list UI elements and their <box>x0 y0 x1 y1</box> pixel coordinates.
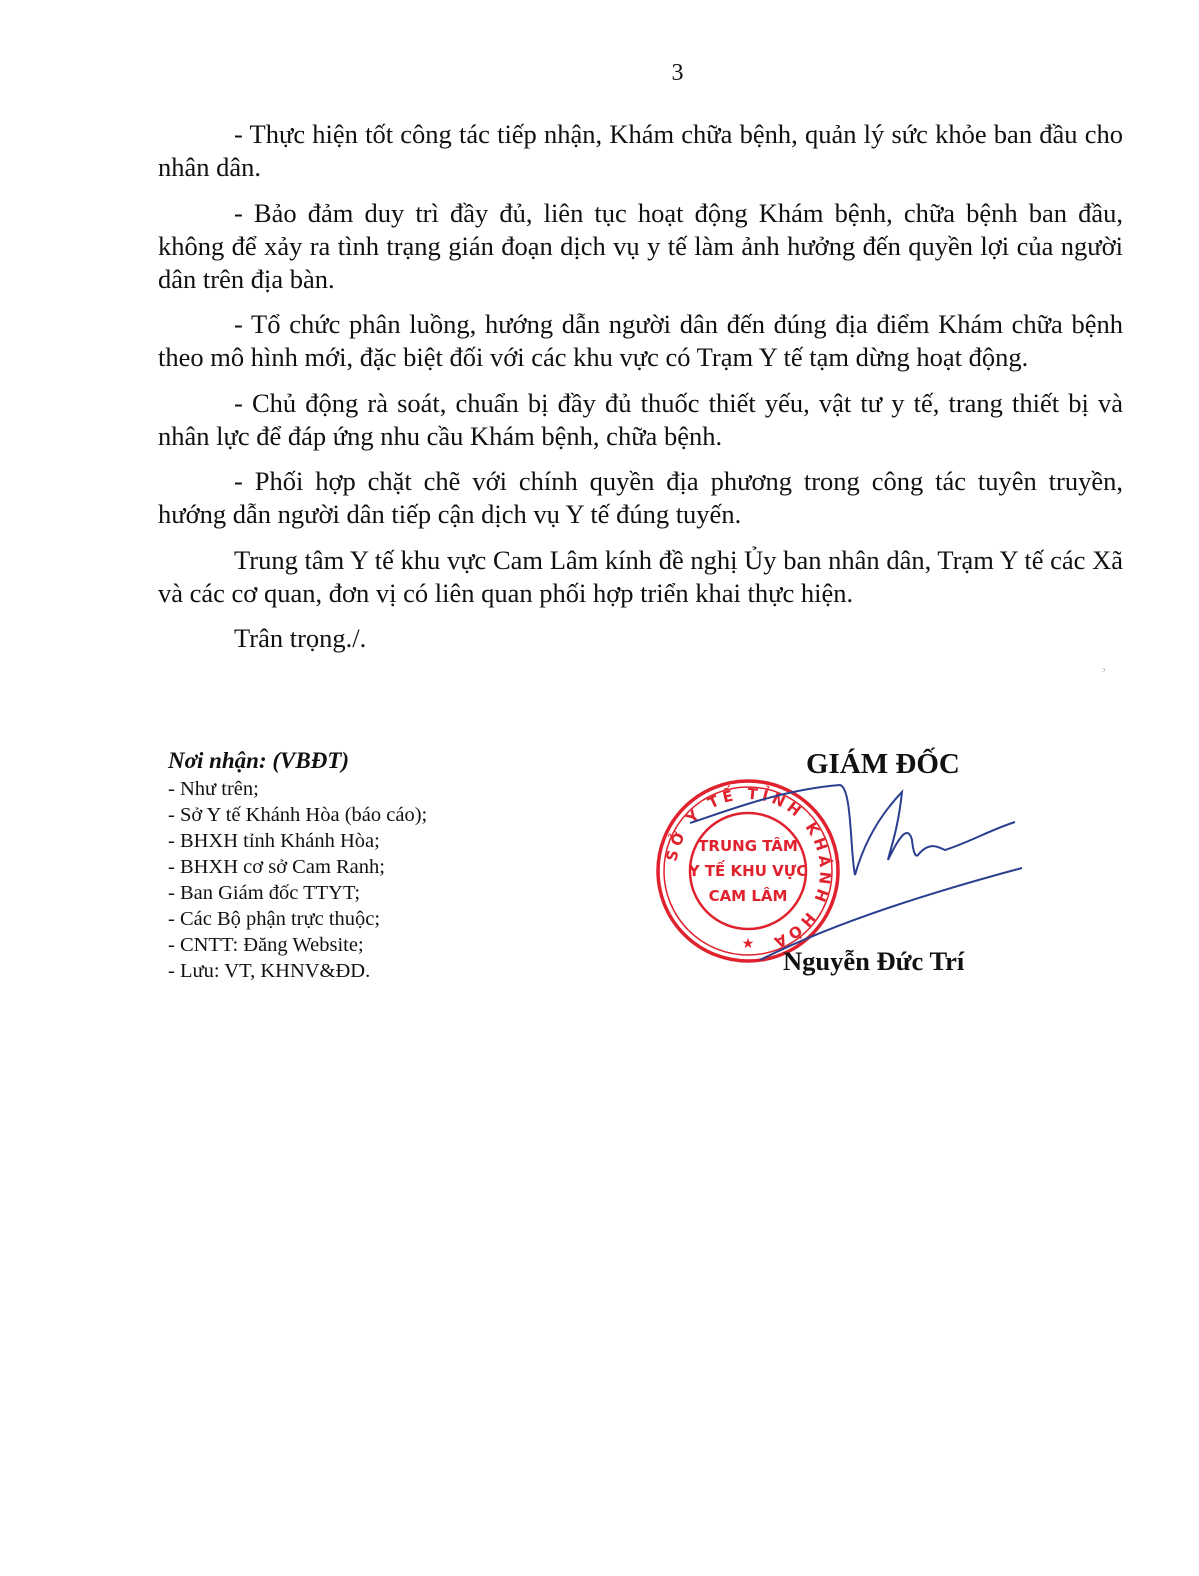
recipients-block: Nơi nhận: (VBĐT) - Như trên; - Sở Y tế K… <box>168 748 528 984</box>
recipient-item: - CNTT: Đăng Website; <box>168 932 528 958</box>
closing-salutation: Trân trọng./. <box>158 622 1123 655</box>
paragraph-routing: - Tổ chức phân luồng, hướng dẫn người dâ… <box>158 308 1123 374</box>
recipient-item: - Như trên; <box>168 776 528 802</box>
page-number: 3 <box>0 60 1199 87</box>
paragraph-reception: - Thực hiện tốt công tác tiếp nhận, Khám… <box>158 118 1123 184</box>
handwritten-signature <box>690 780 1030 970</box>
recipient-item: - BHXH cơ sở Cam Ranh; <box>168 854 528 880</box>
recipient-item: - Sở Y tế Khánh Hòa (báo cáo); <box>168 802 528 828</box>
recipient-item: - Các Bộ phận trực thuộc; <box>168 906 528 932</box>
signature-title: GIÁM ĐỐC <box>806 748 960 781</box>
document-body: - Thực hiện tốt công tác tiếp nhận, Khám… <box>158 118 1123 668</box>
paragraph-coordination: - Phối hợp chặt chẽ với chính quyền địa … <box>158 465 1123 531</box>
paragraph-continuity: - Bảo đảm duy trì đầy đủ, liên tục hoạt … <box>158 197 1123 296</box>
scan-mark: ᵓ <box>1102 664 1105 679</box>
paragraph-supplies: - Chủ động rà soát, chuẩn bị đầy đủ thuố… <box>158 387 1123 453</box>
paragraph-request: Trung tâm Y tế khu vực Cam Lâm kính đề n… <box>158 544 1123 610</box>
recipient-item: - Ban Giám đốc TTYT; <box>168 880 528 906</box>
recipients-title: Nơi nhận: (VBĐT) <box>168 748 528 774</box>
recipient-item: - BHXH tỉnh Khánh Hòa; <box>168 828 528 854</box>
recipients-list: - Như trên; - Sở Y tế Khánh Hòa (báo cáo… <box>168 776 528 984</box>
recipient-item: - Lưu: VT, KHNV&ĐD. <box>168 958 528 984</box>
signer-name: Nguyễn Đức Trí <box>783 946 964 977</box>
